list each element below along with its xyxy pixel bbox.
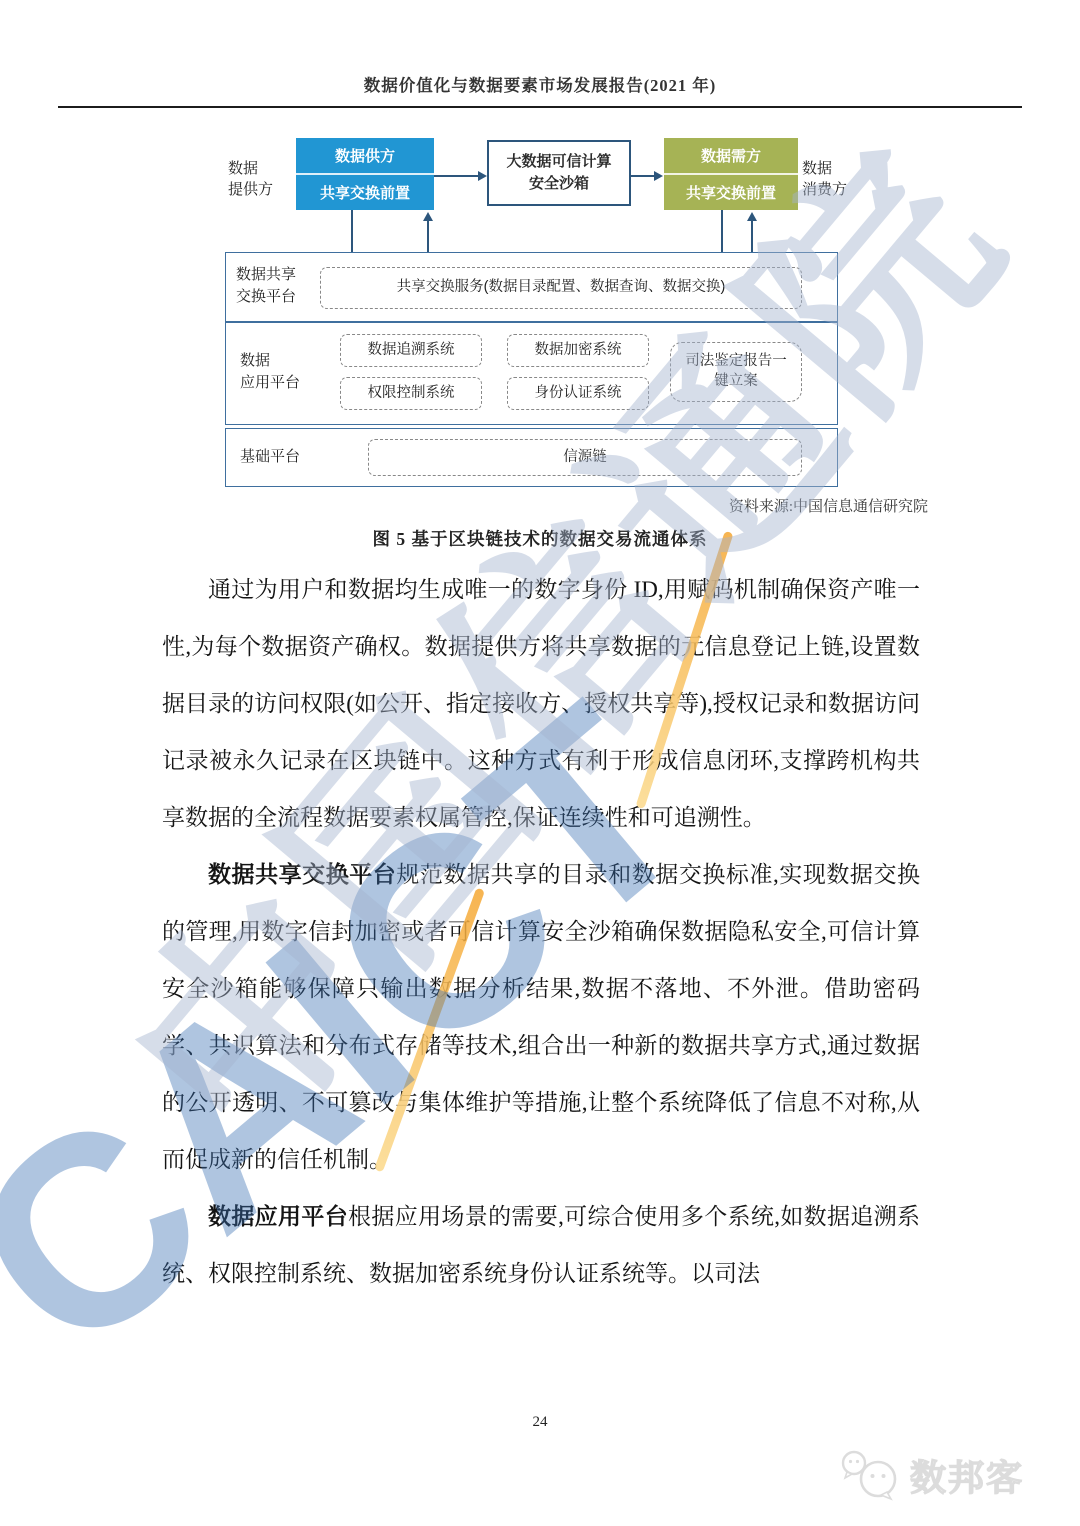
provider-box: 数据供方 共享交换前置 [296,138,434,210]
consumer-box: 数据需方 共享交换前置 [664,138,798,210]
body-text: 通过为用户和数据均生成唯一的数字身份 ID,用赋码机制确保资产唯一性,为每个数据… [162,561,920,1302]
label-data-provider: 数据 提供方 [228,158,292,200]
paragraph-3: 数据应用平台根据应用场景的需要,可综合使用多个系统,如数据追溯系统、权限控制系统… [162,1188,920,1302]
figure-source: 资料来源:中国信息通信研究院 [729,495,928,516]
access-control-system-box: 权限控制系统 [340,377,482,410]
paragraph-3-lead: 数据应用平台 [208,1203,348,1229]
footer-logo-text: 数邦客 [910,1450,1024,1501]
paragraph-1: 通过为用户和数据均生成唯一的数字身份 ID,用赋码机制确保资产唯一性,为每个数据… [162,561,920,846]
paragraph-1-text: 通过为用户和数据均生成唯一的数字身份 ID,用赋码机制确保资产唯一性,为每个数据… [162,577,920,830]
paragraph-2-text: 规范数据共享的目录和数据交换标准,实现数据交换的管理,用数字信封加密或者可信计算… [162,862,920,1172]
label-exchange-platform: 数据共享 交换平台 [236,264,322,308]
consumer-box-title: 数据需方 [664,138,798,175]
figure-caption: 图 5 基于区块链技术的数据交易流通体系 [0,526,1080,551]
identity-system-box: 身份认证系统 [507,377,649,410]
label-application-platform: 数据 应用平台 [240,350,320,394]
provider-box-sub: 共享交换前置 [296,175,434,210]
page-title: 数据价值化与数据要素市场发展报告(2021 年) [0,72,1080,96]
arrow-right-head-icon [478,171,487,181]
provider-box-title: 数据供方 [296,138,434,175]
source-chain-box: 信源链 [368,439,802,476]
arrow-right-icon [434,175,478,177]
paragraph-2-lead: 数据共享交换平台 [208,861,396,887]
arrow-right-icon [631,175,654,177]
paragraph-2: 数据共享交换平台规范数据共享的目录和数据交换标准,实现数据交换的管理,用数字信封… [162,846,920,1188]
label-data-consumer: 数据 消费方 [802,158,866,200]
chat-bubbles-mascot-icon [838,1448,904,1502]
arrow-right-head-icon [654,171,663,181]
header-divider [58,106,1022,108]
arrow-up-head-icon [747,212,757,221]
judicial-report-box: 司法鉴定报告一 键立案 [670,342,802,402]
sandbox-box: 大数据可信计算 安全沙箱 [487,140,631,206]
label-base-platform: 基础平台 [240,446,330,468]
report-page: 数据价值化与数据要素市场发展报告(2021 年) 数据 提供方 数据供方 共享交… [0,0,1080,1526]
exchange-service-box: 共享交换服务(数据目录配置、数据查询、数据交换) [320,267,802,309]
arrow-up-head-icon [423,212,433,221]
footer-logo: 数邦客 [838,1448,1024,1502]
encrypt-system-box: 数据加密系统 [507,334,649,367]
page-number: 24 [0,1414,1080,1431]
consumer-box-sub: 共享交换前置 [664,175,798,210]
trace-system-box: 数据追溯系统 [340,334,482,367]
